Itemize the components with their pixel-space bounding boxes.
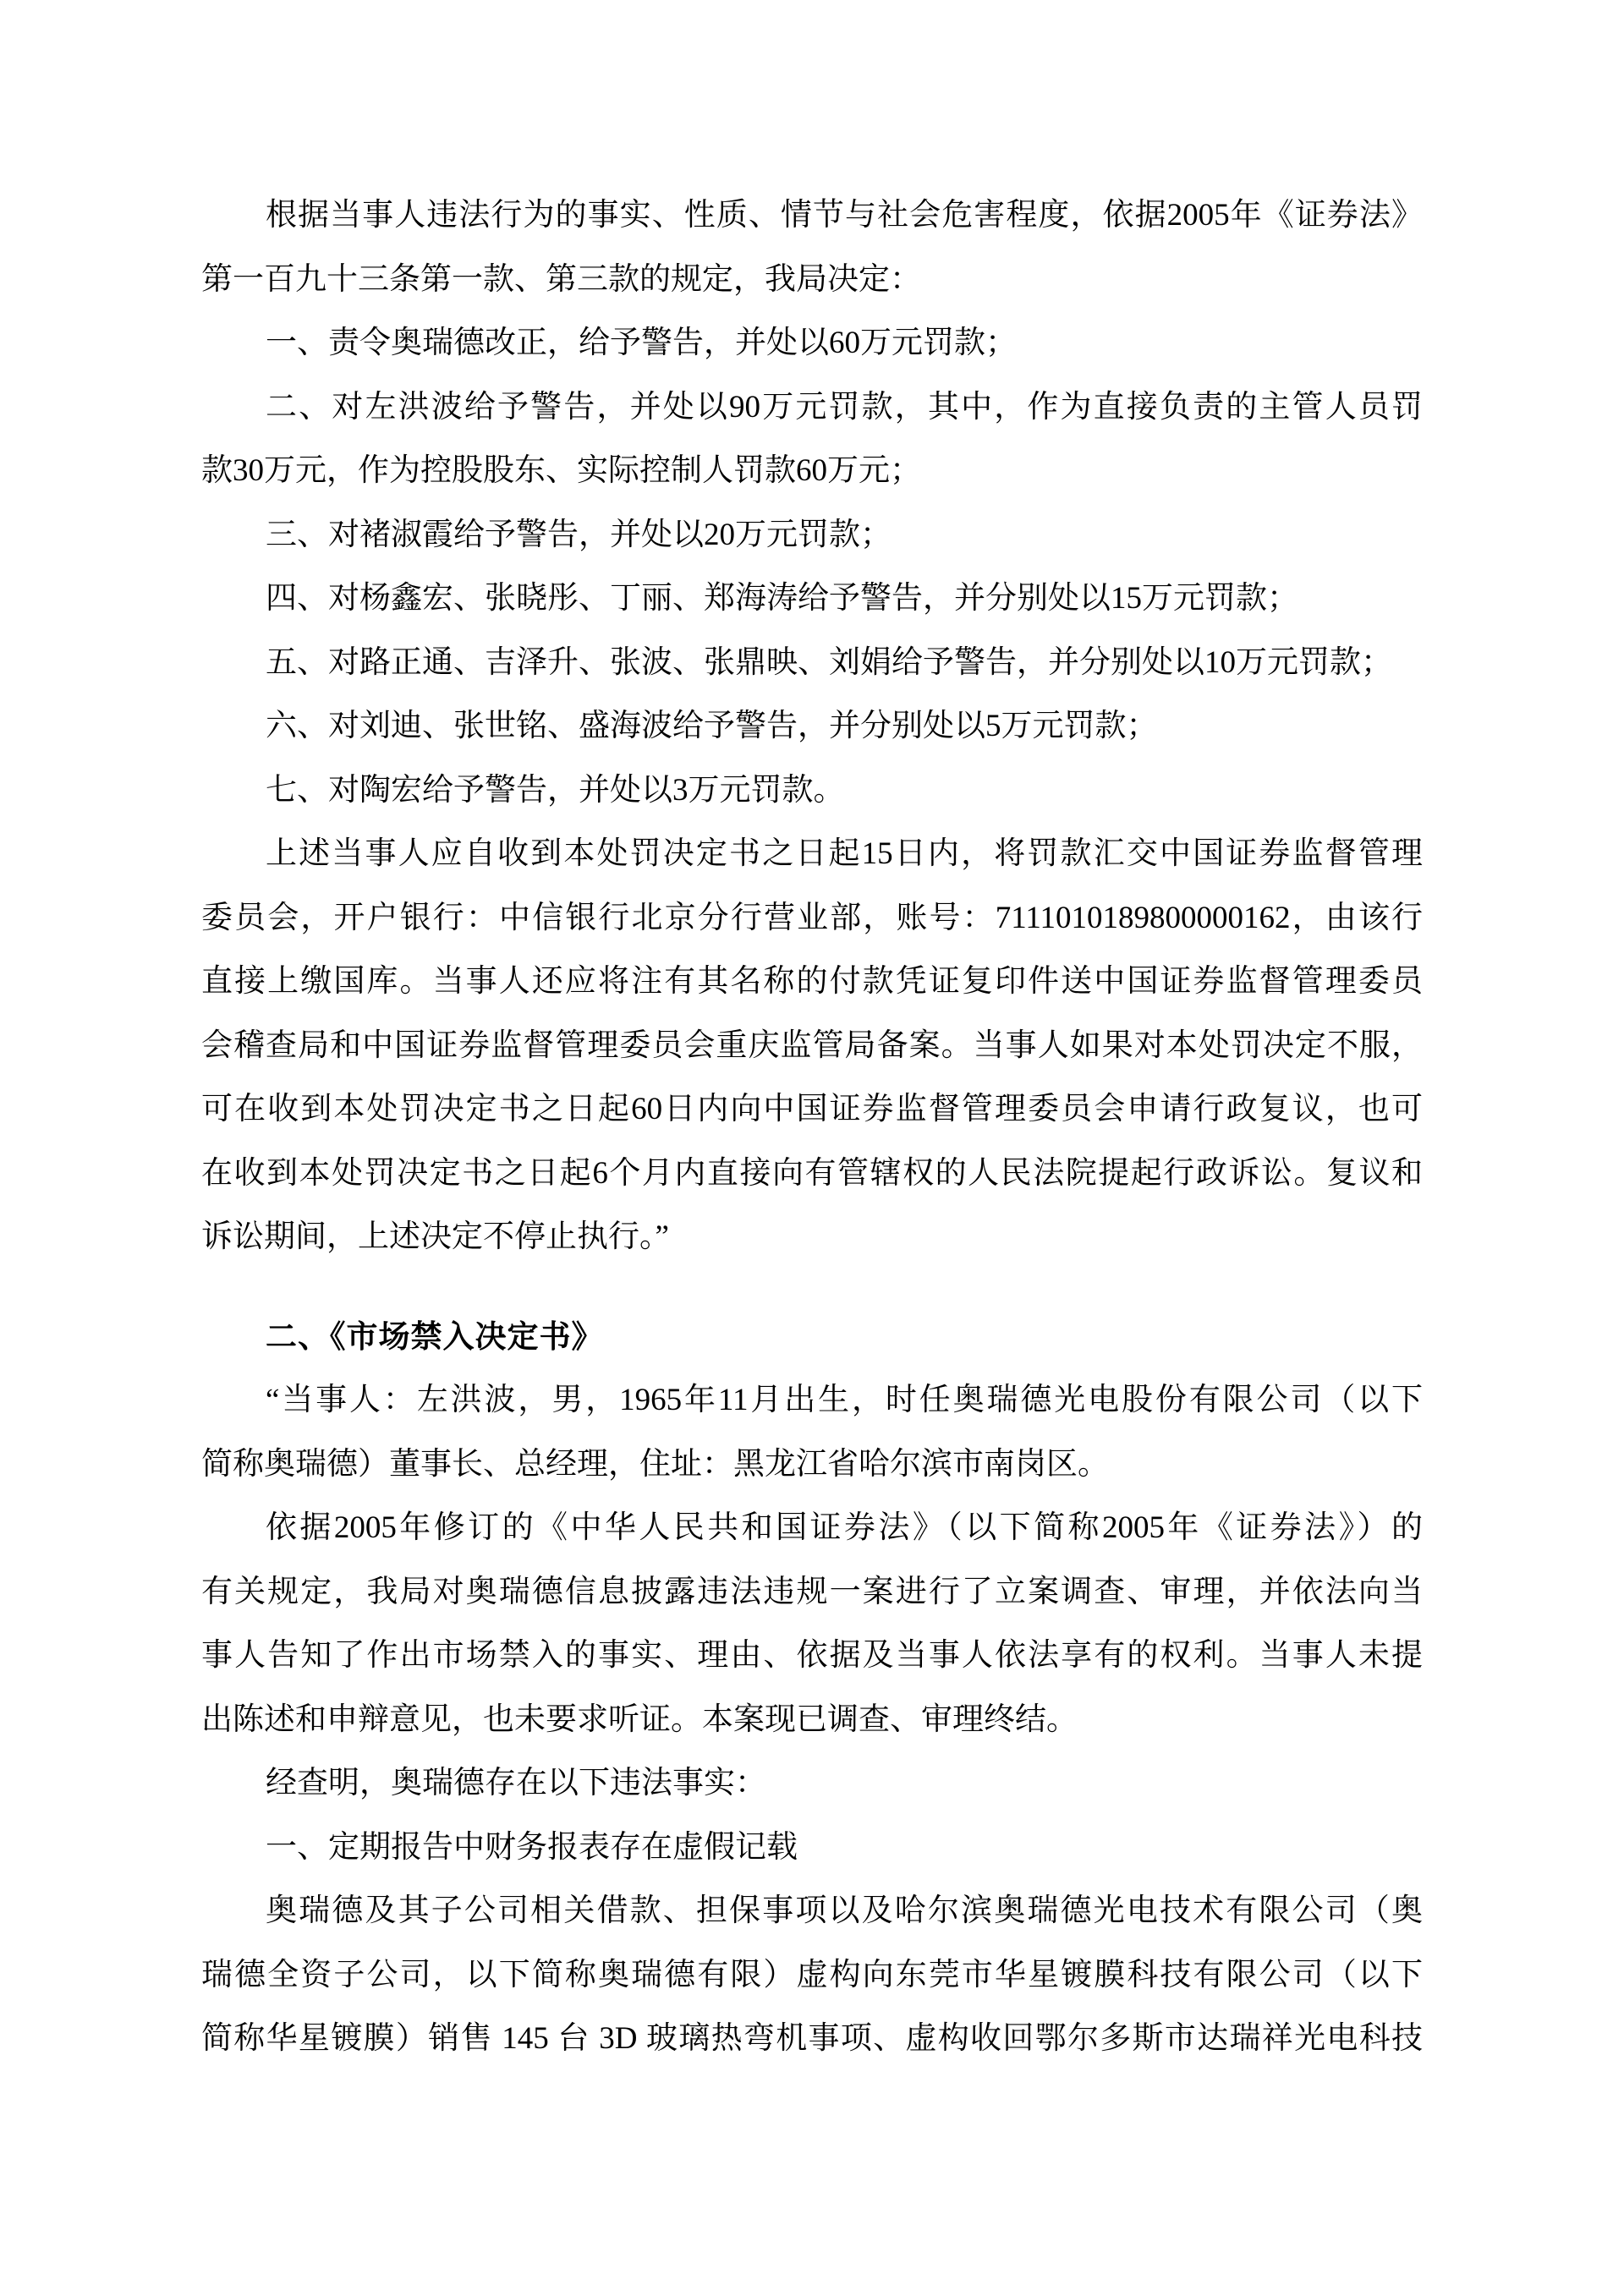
intro-line-2: 第一百九十三条第一款、第三款的规定，我局决定：: [201, 248, 1423, 312]
payment-appeal-line-7: 诉讼期间，上述决定不停止执行。”: [201, 1205, 1423, 1269]
intro-line-1: 根据当事人违法行为的事实、性质、情节与社会危害程度，依据2005年《证券法》: [201, 184, 1423, 248]
violation-1-title: 一、定期报告中财务报表存在虚假记载: [201, 1816, 1423, 1880]
payment-appeal-line-6: 在收到本处罚决定书之日起6个月内直接向有管辖权的人民法院提起行政诉讼。复议和: [201, 1142, 1423, 1206]
payment-appeal-line-2: 委员会，开户银行：中信银行北京分行营业部，账号：7111010189800000…: [201, 886, 1423, 951]
penalty-item-6: 六、对刘迪、张世铭、盛海波给予警告，并分别处以5万元罚款；: [201, 694, 1423, 759]
payment-appeal-line-4: 会稽查局和中国证券监督管理委员会重庆监管局备案。当事人如果对本处罚决定不服，: [201, 1014, 1423, 1078]
payment-appeal-line-3: 直接上缴国库。当事人还应将注有其名称的付款凭证复印件送中国证券监督管理委员: [201, 950, 1423, 1014]
document-page: 根据当事人违法行为的事实、性质、情节与社会危害程度，依据2005年《证券法》 第…: [0, 0, 1624, 2296]
case-basis-line-2: 有关规定，我局对奥瑞德信息披露违法违规一案进行了立案调查、审理，并依法向当: [201, 1560, 1423, 1625]
violation-1-detail-line-2: 瑞德全资子公司，以下简称奥瑞德有限）虚构向东莞市华星镀膜科技有限公司（以下: [201, 1943, 1423, 2008]
payment-appeal-line-5: 可在收到本处罚决定书之日起60日内向中国证券监督管理委员会申请行政复议，也可: [201, 1077, 1423, 1142]
penalty-item-7: 七、对陶宏给予警告，并处以3万元罚款。: [201, 759, 1423, 823]
penalty-item-1: 一、责令奥瑞德改正，给予警告，并处以60万元罚款；: [201, 311, 1423, 375]
party-info-line-1: “当事人：左洪波，男，1965年11月出生，时任奥瑞德光电股份有限公司（以下: [201, 1368, 1423, 1433]
case-basis-line-3: 事人告知了作出市场禁入的事实、理由、依据及当事人依法享有的权利。当事人未提: [201, 1624, 1423, 1688]
findings-intro: 经查明，奥瑞德存在以下违法事实：: [201, 1751, 1423, 1816]
penalty-item-5: 五、对路正通、吉泽升、张波、张鼎映、刘娟给予警告，并分别处以10万元罚款；: [201, 631, 1423, 695]
penalty-item-4: 四、对杨鑫宏、张晓彤、丁丽、郑海涛给予警告，并分别处以15万元罚款；: [201, 567, 1423, 631]
penalty-item-2-line-1: 二、对左洪波给予警告，并处以90万元罚款，其中，作为直接负责的主管人员罚: [201, 375, 1423, 440]
party-info-line-2: 简称奥瑞德）董事长、总经理，住址：黑龙江省哈尔滨市南岗区。: [201, 1433, 1423, 1497]
penalty-item-3: 三、对褚淑霞给予警告，并处以20万元罚款；: [201, 503, 1423, 567]
payment-appeal-line-1: 上述当事人应自收到本处罚决定书之日起15日内，将罚款汇交中国证券监督管理: [201, 822, 1423, 886]
case-basis-line-1: 依据2005年修订的《中华人民共和国证券法》（以下简称2005年《证券法》）的: [201, 1496, 1423, 1560]
violation-1-detail-line-1: 奥瑞德及其子公司相关借款、担保事项以及哈尔滨奥瑞德光电技术有限公司（奥: [201, 1879, 1423, 1943]
document-body: 根据当事人违法行为的事实、性质、情节与社会危害程度，依据2005年《证券法》 第…: [201, 184, 1423, 2071]
case-basis-line-4: 出陈述和申辩意见，也未要求听证。本案现已调查、审理终结。: [201, 1688, 1423, 1752]
section-2-heading: 二、《市场禁入决定书》: [201, 1305, 1423, 1369]
violation-1-detail-line-3: 简称华星镀膜）销售 145 台 3D 玻璃热弯机事项、虚构收回鄂尔多斯市达瑞祥光…: [201, 2007, 1423, 2071]
penalty-item-2-line-2: 款30万元，作为控股股东、实际控制人罚款60万元；: [201, 439, 1423, 503]
